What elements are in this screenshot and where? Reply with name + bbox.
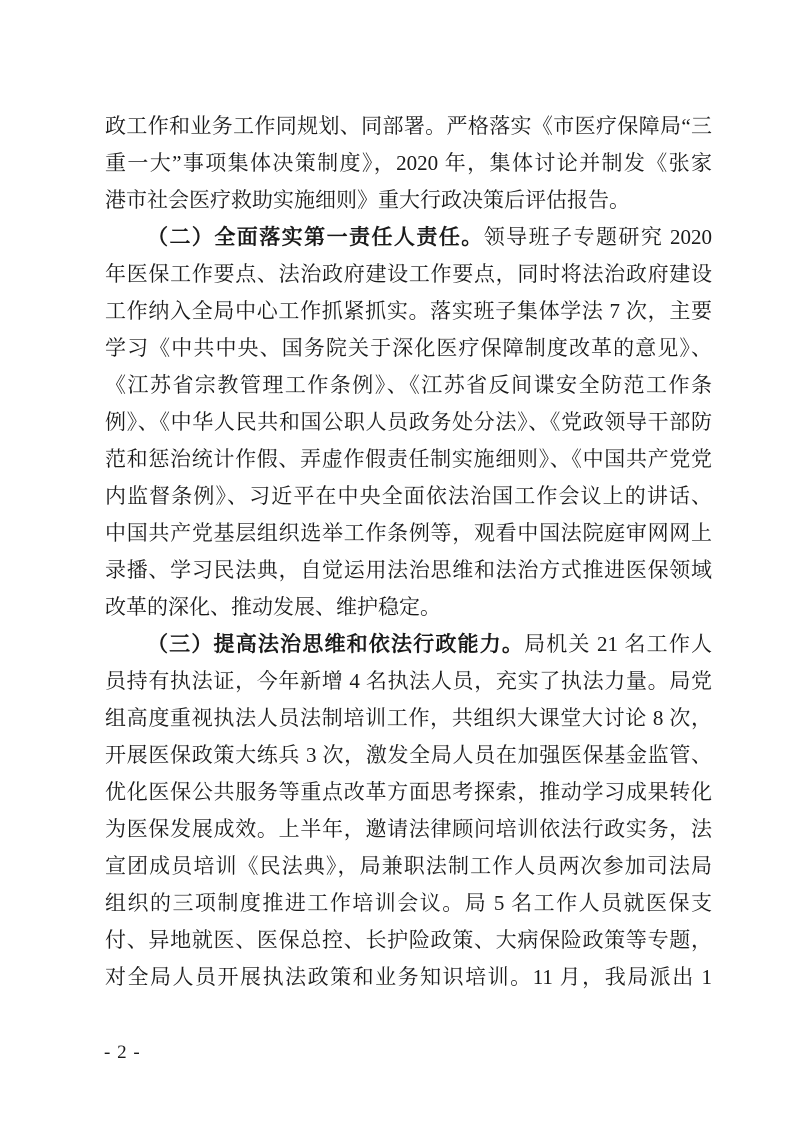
text-line: 开展医保政策大练兵 3 次，激发全局人员在加强医保基金监管、 [105,737,712,774]
text-line: 年医保工作要点、法治政府建设工作要点，同时将法治政府建设 [105,256,712,293]
text-line: 组织的三项制度推进工作培训会议。局 5 名工作人员就医保支 [105,885,712,922]
text-line: 优化医保公共服务等重点改革方面思考探索，推动学习成果转化 [105,774,712,811]
text-line: 录播、学习民法典，自觉运用法治思维和法治方式推进医保领域 [105,552,712,589]
paragraph-continuation: 政工作和业务工作同规划、同部署。严格落实《市医疗保障局“三重一大”事项集体决策制… [105,108,712,219]
text-run: 政工作和业务工作同规划、同部署。严格落实《市医疗保障局“三 [105,114,712,138]
text-run: 学习《中共中央、国务院关于深化医疗保障制度改革的意见》、 [105,336,712,360]
text-run: 为医保发展成效。上半年，邀请法律顾问培训依法行政实务，法 [105,817,712,841]
text-run: 组高度重视执法人员法制培训工作，共组织大课堂大讨论 8 次， [105,706,712,730]
text-line: 改革的深化、推动发展、维护稳定。 [105,589,712,626]
text-line: （三）提高法治思维和依法行政能力。局机关 21 名工作人 [105,626,712,663]
text-line: 《江苏省宗教管理工作条例》、《江苏省反间谍安全防范工作条 [105,367,712,404]
text-line: 港市社会医疗救助实施细则》重大行政决策后评估报告。 [105,182,712,219]
text-run: 对全局人员开展执法政策和业务知识培训。11 月，我局派出 1 [105,965,712,989]
text-run: 重一大”事项集体决策制度》，2020 年，集体讨论并制发《张家 [105,151,712,175]
text-run: 年医保工作要点、法治政府建设工作要点，同时将法治政府建设 [105,262,712,286]
text-line: 政工作和业务工作同规划、同部署。严格落实《市医疗保障局“三 [105,108,712,145]
page-number: - 2 - [104,1041,141,1065]
text-line: 学习《中共中央、国务院关于深化医疗保障制度改革的意见》、 [105,330,712,367]
text-line: 对全局人员开展执法政策和业务知识培训。11 月，我局派出 1 [105,959,712,996]
text-line: 中国共产党基层组织选举工作条例等，观看中国法院庭审网网上 [105,515,712,552]
text-run: 内监督条例》、习近平在中央全面依法治国工作会议上的讲话、 [105,484,712,508]
text-line: 组高度重视执法人员法制培训工作，共组织大课堂大讨论 8 次， [105,700,712,737]
text-line: 工作纳入全局中心工作抓紧抓实。落实班子集体学法 7 次，主要 [105,293,712,330]
text-line: 内监督条例》、习近平在中央全面依法治国工作会议上的讲话、 [105,478,712,515]
document-body: 政工作和业务工作同规划、同部署。严格落实《市医疗保障局“三重一大”事项集体决策制… [105,108,712,996]
section-heading-run: （二）全面落实第一责任人责任。 [147,226,484,249]
text-line: 范和惩治统计作假、弄虚作假责任制实施细则》、《中国共产党党 [105,441,712,478]
text-line: 宣团成员培训《民法典》，局兼职法制工作人员两次参加司法局 [105,848,712,885]
text-run: 工作纳入全局中心工作抓紧抓实。落实班子集体学法 7 次，主要 [105,299,712,323]
text-run: 录播、学习民法典，自觉运用法治思维和法治方式推进医保领域 [105,558,712,582]
text-line: 员持有执法证，今年新增 4 名执法人员，充实了执法力量。局党 [105,663,712,700]
text-run: 港市社会医疗救助实施细则》重大行政决策后评估报告。 [105,188,630,212]
text-run: 《江苏省宗教管理工作条例》、《江苏省反间谍安全防范工作条 [105,373,712,397]
text-run: 例》、《中华人民共和国公职人员政务处分法》、《党政领导干部防 [105,410,712,434]
text-run: 员持有执法证，今年新增 4 名执法人员，充实了执法力量。局党 [105,669,712,693]
text-run: 改革的深化、推动发展、维护稳定。 [105,595,441,619]
text-run: 领导班子专题研究 2020 [484,225,712,249]
text-line: （二）全面落实第一责任人责任。领导班子专题研究 2020 [105,219,712,256]
text-run: 优化医保公共服务等重点改革方面思考探索，推动学习成果转化 [105,780,712,804]
document-page: 政工作和业务工作同规划、同部署。严格落实《市医疗保障局“三重一大”事项集体决策制… [0,0,793,1122]
paragraph-section-2: （二）全面落实第一责任人责任。领导班子专题研究 2020年医保工作要点、法治政府… [105,219,712,626]
text-line: 为医保发展成效。上半年，邀请法律顾问培训依法行政实务，法 [105,811,712,848]
text-line: 例》、《中华人民共和国公职人员政务处分法》、《党政领导干部防 [105,404,712,441]
text-run: 组织的三项制度推进工作培训会议。局 5 名工作人员就医保支 [105,891,712,915]
text-run: 局机关 21 名工作人 [524,632,712,656]
text-run: 中国共产党基层组织选举工作条例等，观看中国法院庭审网网上 [105,521,712,545]
text-run: 范和惩治统计作假、弄虚作假责任制实施细则》、《中国共产党党 [105,447,712,471]
text-run: 宣团成员培训《民法典》，局兼职法制工作人员两次参加司法局 [105,854,712,878]
text-line: 付、异地就医、医保总控、长护险政策、大病保险政策等专题， [105,922,712,959]
text-run: 付、异地就医、医保总控、长护险政策、大病保险政策等专题， [105,928,712,952]
paragraph-section-3: （三）提高法治思维和依法行政能力。局机关 21 名工作人员持有执法证，今年新增 … [105,626,712,996]
section-heading-run: （三）提高法治思维和依法行政能力。 [147,633,524,656]
text-line: 重一大”事项集体决策制度》，2020 年，集体讨论并制发《张家 [105,145,712,182]
text-run: 开展医保政策大练兵 3 次，激发全局人员在加强医保基金监管、 [105,743,712,767]
